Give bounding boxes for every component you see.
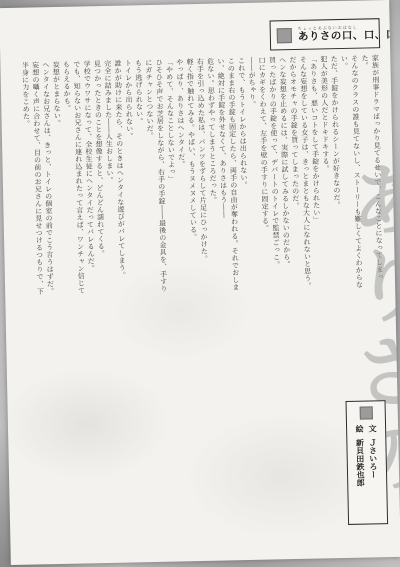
writer-credit: 文Ｊさいろー [366, 424, 381, 516]
artist-name: 新貝田鉄也郎 [355, 439, 365, 487]
title-stack: ちょっとあぶないおはなし ありさの口、口、口 [298, 25, 397, 43]
artist-credit: 絵新貝田鉄也郎 [353, 425, 368, 517]
story-title-box: ちょっとあぶないおはなし ありさの口、口、口 [270, 18, 381, 50]
credit-lines: 文Ｊさいろー 絵新貝田鉄也郎 [353, 424, 381, 517]
writer-name: Ｊさいろー [368, 438, 378, 478]
title-marker-square-icon [277, 28, 292, 43]
scanned-page-screen: ちょっとあぶないおはなし ありさの口、口、口 家族が刑事ドラマばっかり見てるせい… [0, 0, 400, 567]
body-text: 家族が刑事ドラマばっかり見てるせいで、こんなことになってしまった。そんなのクラス… [20, 54, 385, 299]
credit-marker-square-icon [359, 406, 372, 419]
writer-label: 文 [368, 424, 377, 432]
artist-label: 絵 [355, 425, 364, 433]
document-page: ちょっとあぶないおはなし ありさの口、口、口 家族が刑事ドラマばっかり見てるせい… [0, 0, 400, 565]
story-title: ありさの口、口、口 [298, 30, 397, 43]
credit-box: 文Ｊさいろー 絵新貝田鉄也郎 [346, 400, 389, 525]
